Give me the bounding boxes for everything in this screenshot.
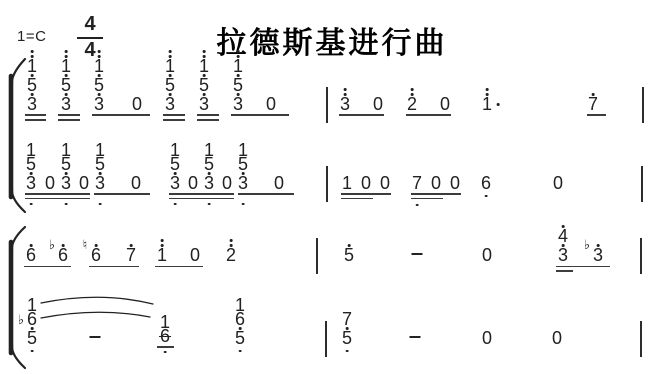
note-digit: 1: [27, 59, 37, 73]
note-digit: 5: [233, 78, 243, 92]
beam-line: [25, 114, 46, 116]
note-digit: 1: [199, 59, 209, 73]
octave-up-dot: [65, 50, 68, 53]
note-digit: 5: [165, 78, 175, 92]
bar-line: [325, 321, 327, 357]
note-digit: 6: [481, 176, 491, 190]
octave-up-dot: [344, 93, 347, 96]
note-digit: 3: [170, 176, 180, 190]
rest-zero: 0: [132, 97, 142, 111]
tie-end-line: [159, 336, 171, 338]
rest-zero: 0: [482, 248, 492, 262]
beam-line: [94, 193, 150, 195]
note-digit: 6: [91, 248, 101, 262]
rest-zero: 0: [266, 97, 276, 111]
octave-down-dot: [242, 203, 245, 206]
note-digit: 5: [94, 78, 104, 92]
half-note-dash: [90, 336, 101, 338]
beam-line: [163, 114, 185, 116]
beam-line: [231, 114, 289, 116]
note-digit: 5: [342, 331, 352, 345]
beam-line: [341, 198, 373, 200]
octave-up-dot: [65, 55, 68, 58]
beam-line: [411, 198, 443, 200]
note-digit: 5: [27, 331, 37, 345]
octave-up-dot: [486, 88, 489, 91]
octave-up-dot: [237, 50, 240, 53]
octave-up-dot: [31, 50, 34, 53]
rest-zero: 0: [361, 176, 371, 190]
system-bracket-bottom-hook: [12, 345, 25, 368]
half-note-dash: [412, 253, 423, 255]
note-digit: 2: [226, 248, 236, 262]
beam-line: [89, 266, 139, 268]
note-digit: 1: [482, 97, 492, 111]
note-digit: 3: [340, 97, 350, 111]
octave-up-dot: [62, 244, 65, 247]
beam-line: [556, 270, 573, 272]
octave-down-dot: [485, 195, 488, 198]
bar-line: [326, 166, 328, 202]
note-digit: 5: [344, 248, 354, 262]
octave-up-dot: [30, 244, 33, 247]
octave-down-dot: [99, 203, 102, 206]
octave-up-dot: [344, 88, 347, 91]
beam-line: [169, 198, 234, 200]
note-digit: 7: [342, 312, 352, 326]
beam-line: [157, 346, 174, 348]
rest-zero: 0: [188, 176, 198, 190]
note-digit: 3: [61, 176, 71, 190]
rest-zero: 0: [190, 248, 200, 262]
rest-zero: 0: [482, 331, 492, 345]
bar-line: [326, 87, 328, 123]
note-digit: 1: [165, 59, 175, 73]
beam-line: [238, 193, 294, 195]
beam-line: [556, 266, 610, 268]
octave-up-dot: [95, 244, 98, 247]
octave-down-dot: [65, 203, 68, 206]
octave-up-dot: [203, 50, 206, 53]
note-digit: 3: [558, 248, 568, 262]
octave-down-dot: [30, 203, 33, 206]
note-digit: 3: [95, 176, 105, 190]
rest-zero: 0: [553, 176, 563, 190]
note-digit: 6: [58, 248, 68, 262]
octave-down-dot: [346, 350, 349, 353]
note-digit: 5: [61, 78, 71, 92]
note-digit: 1: [27, 298, 37, 312]
beam-line: [197, 119, 219, 121]
note-digit: 1: [26, 143, 36, 157]
octave-up-dot: [161, 239, 164, 242]
octave-up-dot: [592, 93, 595, 96]
note-digit: 3: [165, 97, 175, 111]
note-digit: 7: [412, 176, 422, 190]
octave-down-dot: [31, 350, 34, 353]
note-digit: 3: [27, 97, 37, 111]
note-digit: 1: [61, 143, 71, 157]
octave-up-dot: [31, 55, 34, 58]
octave-up-dot: [161, 244, 164, 247]
beam-line: [587, 114, 606, 116]
octave-up-dot: [562, 225, 565, 228]
note-digit: 1: [233, 59, 243, 73]
beam-line: [339, 114, 384, 116]
note-digit: 7: [126, 248, 136, 262]
bar-line: [316, 238, 318, 274]
octave-up-dot: [169, 50, 172, 53]
octave-down-dot: [239, 350, 242, 353]
note-digit: 5: [235, 331, 245, 345]
system-bracket-top-hook: [12, 227, 25, 250]
slur: [41, 297, 153, 304]
sheet-music-page: 1=C 4 4 拉德斯基进行曲 351351351035135135103020…: [0, 0, 664, 374]
beam-line: [169, 193, 234, 195]
slur: [41, 312, 150, 318]
accidental-flat: ♭: [18, 313, 24, 326]
octave-up-dot: [203, 55, 206, 58]
rest-zero: 0: [45, 176, 55, 190]
note-digit: 1: [170, 143, 180, 157]
rest-zero: 0: [380, 176, 390, 190]
rest-zero: 0: [450, 176, 460, 190]
note-digit: 1: [204, 143, 214, 157]
note-digit: 1: [235, 298, 245, 312]
note-digit: 3: [593, 248, 603, 262]
note-digit: 5: [27, 78, 37, 92]
augmentation-dot: [497, 103, 500, 106]
rest-zero: 0: [440, 97, 450, 111]
beam-line: [25, 198, 90, 200]
octave-up-dot: [597, 244, 600, 247]
note-digit: 3: [238, 176, 248, 190]
note-digit: 4: [558, 229, 568, 243]
octave-up-dot: [98, 50, 101, 53]
rest-zero: 0: [222, 176, 232, 190]
beam-line: [406, 114, 451, 116]
note-digit: 3: [204, 176, 214, 190]
note-digit: 1: [160, 315, 170, 329]
octave-down-dot: [416, 204, 419, 207]
beam-line: [24, 266, 71, 268]
octave-up-dot: [348, 244, 351, 247]
note-digit: 3: [61, 97, 71, 111]
octave-up-dot: [130, 244, 133, 247]
rest-zero: 0: [131, 176, 141, 190]
note-digit: 7: [588, 97, 598, 111]
rest-zero: 0: [552, 331, 562, 345]
beam-line: [25, 193, 90, 195]
note-digit: 2: [407, 97, 417, 111]
accidental-flat: ♭: [584, 238, 590, 251]
octave-up-dot: [486, 93, 489, 96]
note-digit: 3: [94, 97, 104, 111]
half-note-dash: [410, 336, 421, 338]
beam-line: [58, 119, 80, 121]
system-bracket-bottom-hook: [12, 189, 25, 212]
octave-up-dot: [237, 55, 240, 58]
bar-line: [641, 166, 643, 202]
note-digit: 1: [61, 59, 71, 73]
rest-zero: 0: [79, 176, 89, 190]
note-digit: 3: [199, 97, 209, 111]
beam-line: [25, 119, 46, 121]
beam-line: [411, 193, 461, 195]
octave-down-dot: [174, 203, 177, 206]
beam-line: [341, 193, 391, 195]
note-digit: 1: [95, 143, 105, 157]
rest-zero: 0: [274, 176, 284, 190]
beam-line: [197, 114, 219, 116]
octave-up-dot: [411, 88, 414, 91]
note-digit: 6: [26, 248, 36, 262]
note-digit: 5: [199, 78, 209, 92]
beam-line: [92, 114, 150, 116]
bar-line: [640, 321, 642, 357]
octave-up-dot: [230, 244, 233, 247]
note-digit: 3: [233, 97, 243, 111]
beam-line: [155, 266, 203, 268]
note-digit: 1: [94, 59, 104, 73]
octave-up-dot: [98, 55, 101, 58]
rest-zero: 0: [373, 97, 383, 111]
octave-up-dot: [411, 93, 414, 96]
note-digit: 1: [342, 176, 352, 190]
octave-up-dot: [230, 239, 233, 242]
note-digit: 1: [157, 248, 167, 262]
beam-line: [58, 114, 80, 116]
rest-zero: 0: [431, 176, 441, 190]
octave-down-dot: [164, 351, 167, 354]
bar-line: [642, 87, 644, 123]
octave-down-dot: [208, 203, 211, 206]
beam-line: [163, 119, 185, 121]
accidental-natural: ♮: [83, 238, 88, 251]
bar-line: [640, 238, 642, 274]
system-bracket-top-hook: [12, 59, 25, 84]
note-digit: 3: [26, 176, 36, 190]
note-digit: 1: [238, 143, 248, 157]
accidental-flat: ♭: [49, 238, 55, 251]
octave-up-dot: [169, 55, 172, 58]
